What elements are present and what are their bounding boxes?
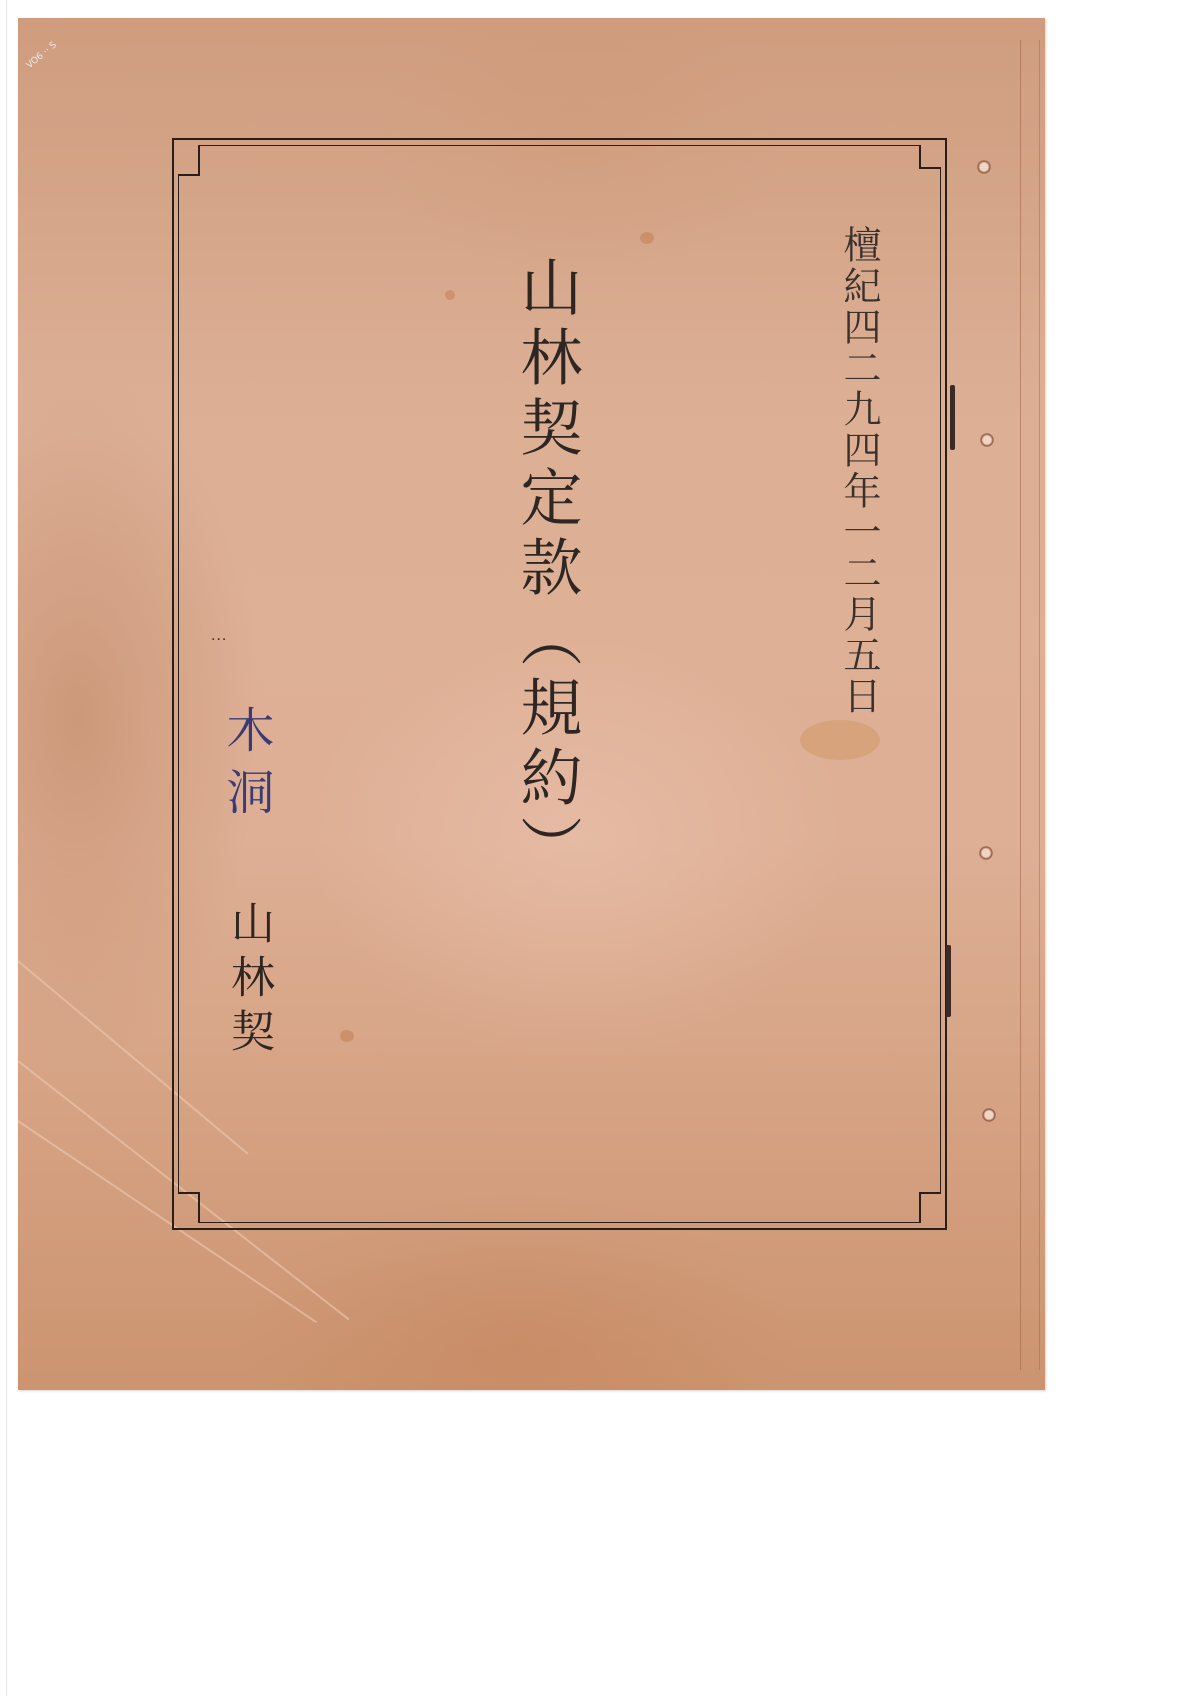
binding-hole — [982, 1108, 996, 1122]
scan-margin-line — [6, 0, 7, 1696]
binding-hole — [980, 433, 994, 447]
binding-hole — [979, 846, 993, 860]
staple-bottom — [946, 945, 951, 1017]
ellipsis-mark: ··· — [211, 632, 227, 648]
document-title: 山林契定款（規約） — [515, 255, 577, 885]
binding-hole — [977, 160, 991, 174]
organization-place: 木洞 — [222, 705, 270, 829]
organization-name: 山林契 — [226, 900, 270, 1062]
document-date: 檀紀四二九四年一二月五日 — [840, 225, 878, 717]
stacked-page-edges — [1020, 40, 1040, 1370]
staple-top — [950, 385, 955, 450]
